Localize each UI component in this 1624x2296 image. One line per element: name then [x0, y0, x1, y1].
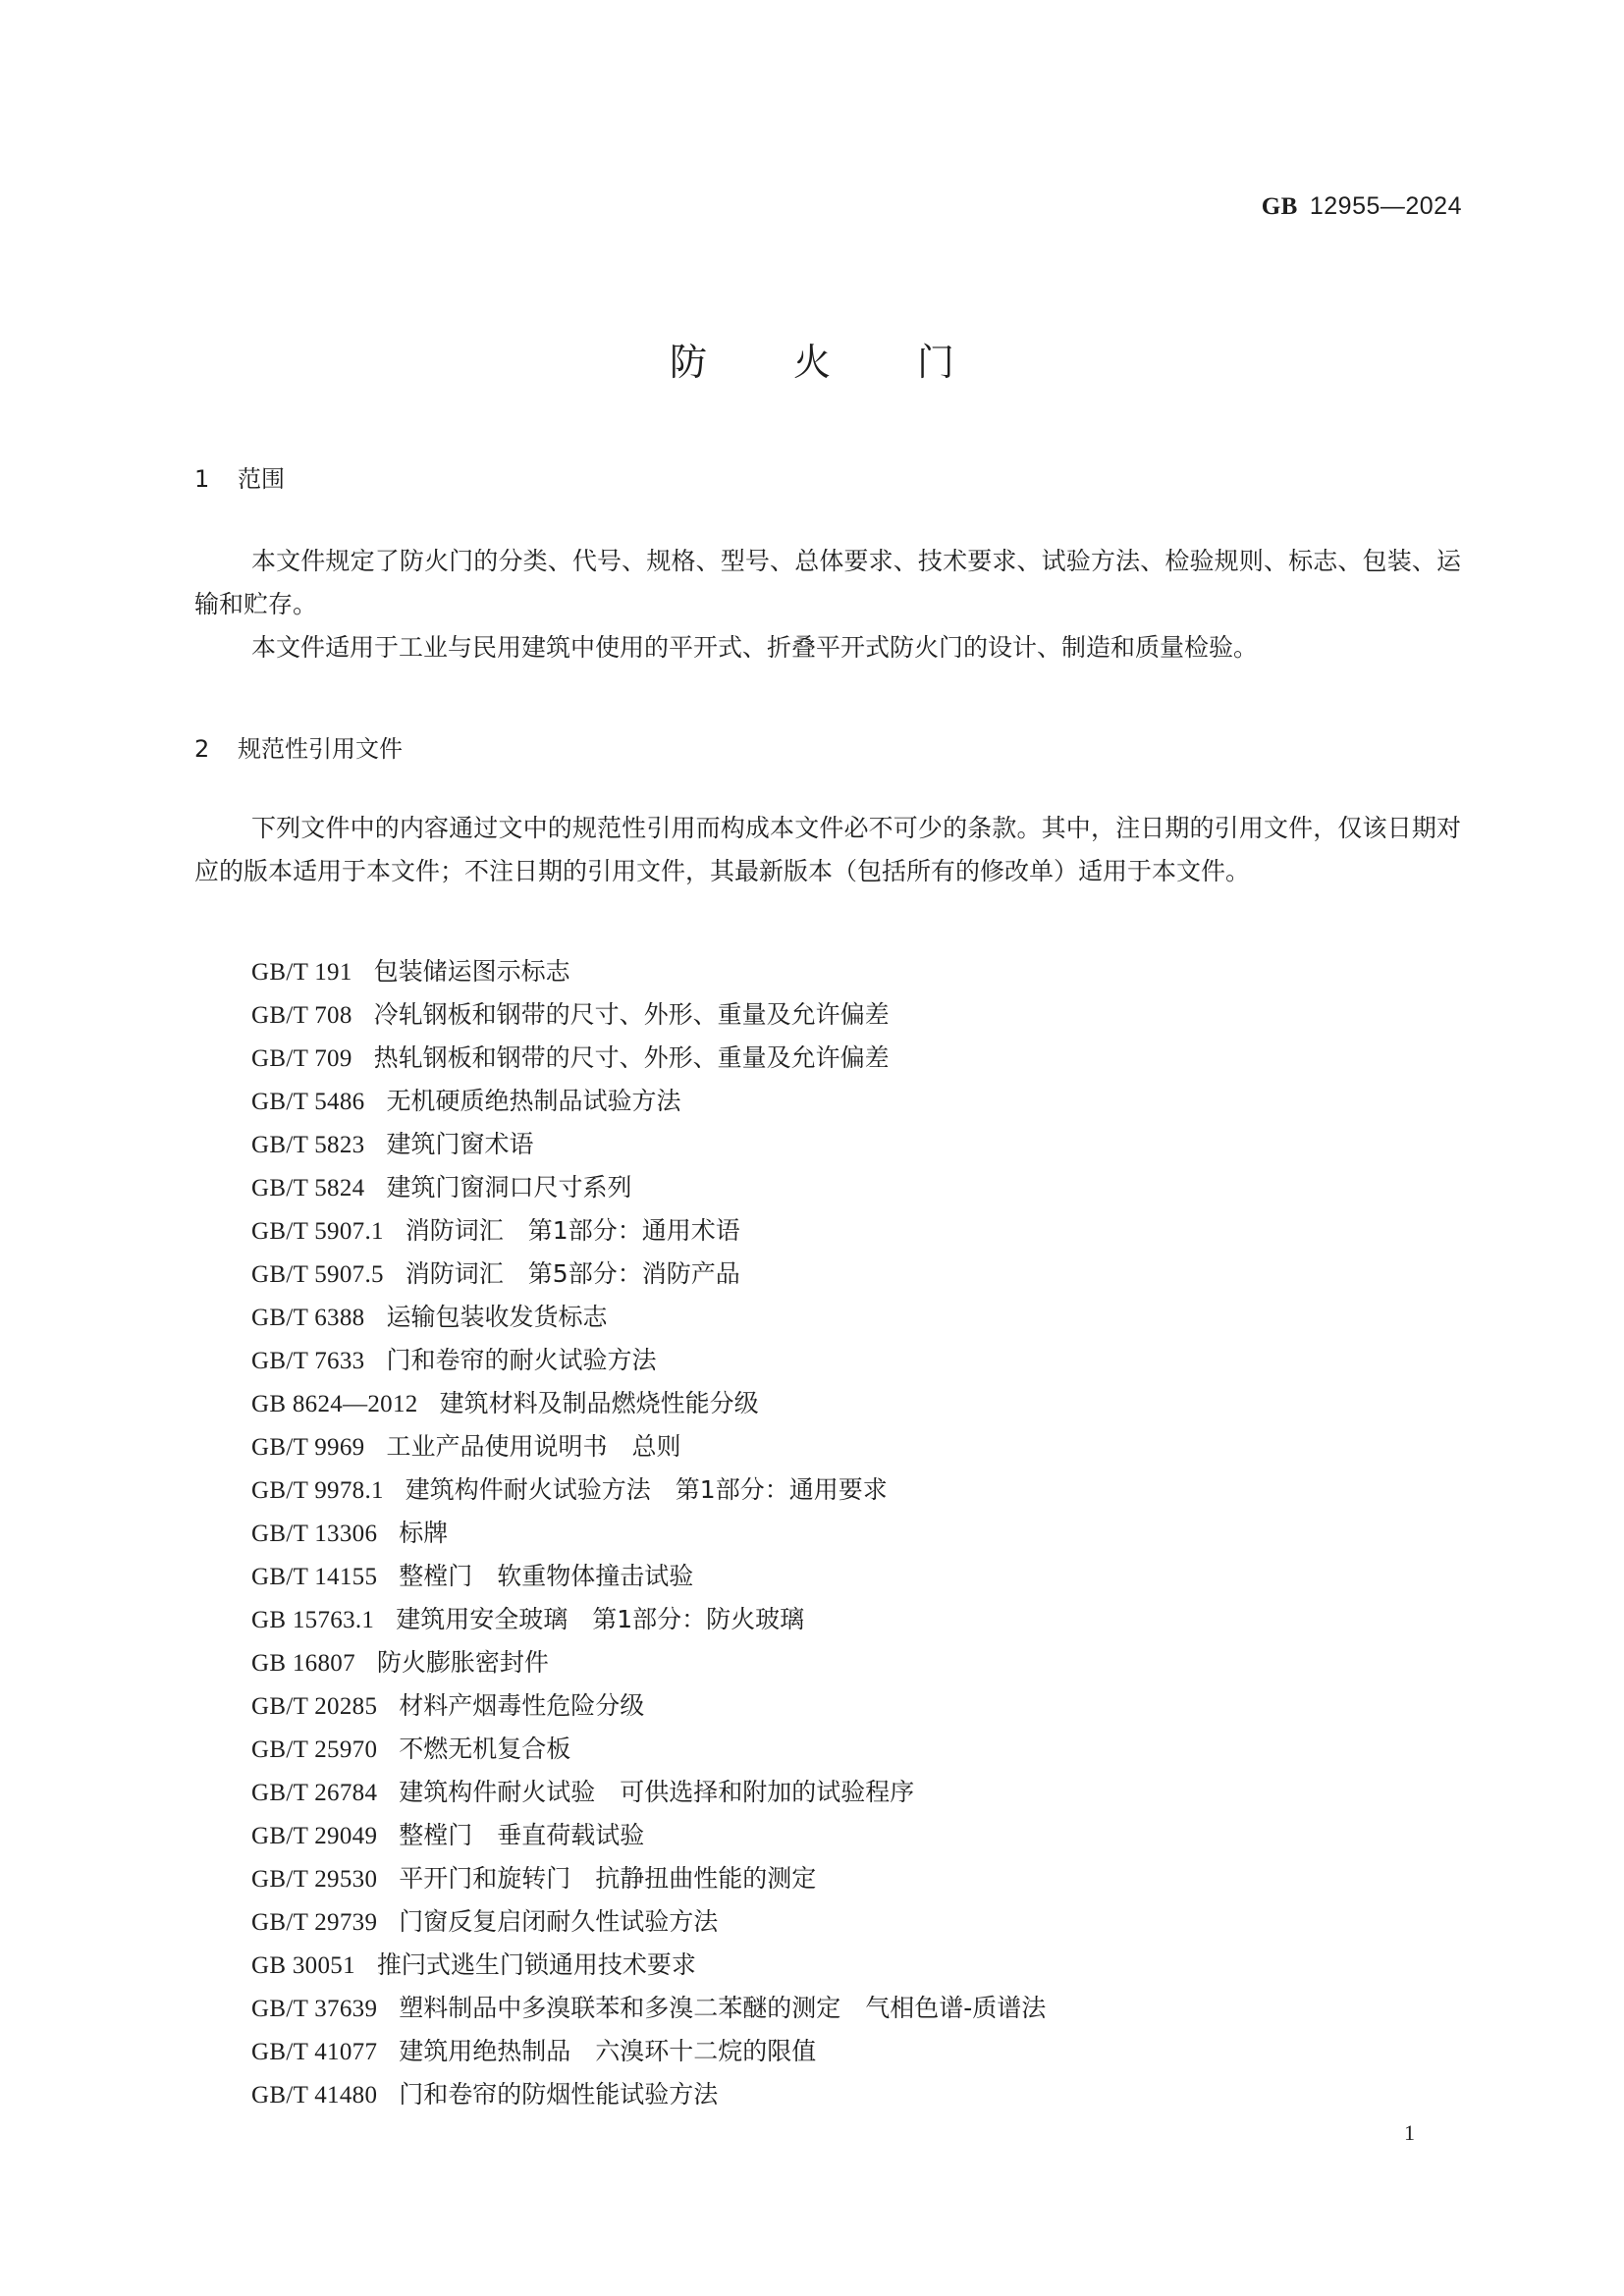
reference-item: GB/T 191包装储运图示标志: [251, 950, 1046, 993]
reference-code: GB/T 41480: [251, 2082, 377, 2109]
reference-code: GB/T 709: [251, 1045, 352, 1072]
reference-code: GB/T 29049: [251, 1823, 377, 1849]
reference-name: 防火膨胀密封件: [377, 1648, 549, 1677]
reference-name: 建筑构件耐火试验方法 第1部分：通用要求: [406, 1475, 888, 1504]
reference-name: 整樘门 垂直荷载试验: [399, 1821, 644, 1849]
reference-item: GB 8624—2012建筑材料及制品燃烧性能分级: [251, 1382, 1046, 1425]
reference-code: GB 8624—2012: [251, 1391, 418, 1417]
reference-code: GB/T 29739: [251, 1909, 377, 1936]
reference-code: GB 30051: [251, 1952, 355, 1979]
reference-code: GB 16807: [251, 1650, 355, 1677]
reference-name: 标牌: [399, 1519, 448, 1547]
reference-code: GB/T 29530: [251, 1866, 377, 1893]
reference-item: GB/T 13306标牌: [251, 1512, 1046, 1555]
reference-name: 建筑用安全玻璃 第1部分：防火玻璃: [396, 1605, 804, 1633]
page-number: 1: [1404, 2120, 1415, 2146]
reference-name: 推闩式逃生门锁通用技术要求: [377, 1950, 696, 1979]
reference-item: GB/T 708冷轧钢板和钢带的尺寸、外形、重量及允许偏差: [251, 993, 1046, 1037]
reference-item: GB 16807防火膨胀密封件: [251, 1641, 1046, 1684]
section-heading-normative-references: 2规范性引用文件: [194, 729, 403, 764]
reference-code: GB/T 5823: [251, 1132, 364, 1158]
reference-item: GB/T 5907.1消防词汇 第1部分：通用术语: [251, 1209, 1046, 1253]
standard-number: 12955—2024: [1310, 192, 1462, 220]
reference-name: 工业产品使用说明书 总则: [386, 1432, 680, 1461]
reference-item: GB/T 6388运输包装收发货标志: [251, 1296, 1046, 1339]
reference-item: GB/T 29049整樘门 垂直荷载试验: [251, 1814, 1046, 1857]
reference-item: GB/T 5907.5消防词汇 第5部分：消防产品: [251, 1253, 1046, 1296]
reference-name: 建筑门窗洞口尺寸系列: [386, 1173, 631, 1201]
reference-name: 热轧钢板和钢带的尺寸、外形、重量及允许偏差: [374, 1043, 890, 1072]
section-title: 范围: [238, 465, 285, 493]
reference-item: GB/T 29530平开门和旋转门 抗静扭曲性能的测定: [251, 1857, 1046, 1900]
reference-code: GB/T 5907.5: [251, 1261, 384, 1288]
document-page: GB12955—2024 防火门 1范围 本文件规定了防火门的分类、代号、规格、…: [0, 0, 1624, 2296]
reference-code: GB/T 37639: [251, 1996, 377, 2022]
reference-code: GB/T 13306: [251, 1521, 377, 1547]
reference-code: GB/T 5824: [251, 1175, 364, 1201]
document-title: 防火门: [0, 332, 1624, 386]
reference-item: GB/T 41077建筑用绝热制品 六溴环十二烷的限值: [251, 2030, 1046, 2073]
section-title: 规范性引用文件: [238, 735, 403, 763]
reference-name: 建筑门窗术语: [386, 1130, 533, 1158]
reference-item: GB/T 7633门和卷帘的耐火试验方法: [251, 1339, 1046, 1382]
reference-item: GB/T 9969工业产品使用说明书 总则: [251, 1425, 1046, 1468]
reference-code: GB/T 14155: [251, 1564, 377, 1590]
reference-name: 不燃无机复合板: [399, 1735, 570, 1763]
reference-name: 整樘门 软重物体撞击试验: [399, 1562, 693, 1590]
reference-code: GB/T 20285: [251, 1693, 377, 1720]
reference-name: 建筑用绝热制品 六溴环十二烷的限值: [399, 2037, 816, 2065]
reference-name: 消防词汇 第1部分：通用术语: [406, 1216, 740, 1245]
reference-code: GB/T 7633: [251, 1348, 364, 1374]
reference-item: GB 30051推闩式逃生门锁通用技术要求: [251, 1944, 1046, 1987]
reference-name: 消防词汇 第5部分：消防产品: [406, 1259, 740, 1288]
reference-code: GB/T 9978.1: [251, 1477, 384, 1504]
scope-paragraph-2: 本文件适用于工业与民用建筑中使用的平开式、折叠平开式防火门的设计、制造和质量检验…: [194, 626, 1461, 669]
reference-item: GB/T 709热轧钢板和钢带的尺寸、外形、重量及允许偏差: [251, 1037, 1046, 1080]
reference-item: GB/T 26784建筑构件耐火试验 可供选择和附加的试验程序: [251, 1771, 1046, 1814]
standard-code: GB12955—2024: [1262, 192, 1462, 221]
standard-prefix: GB: [1262, 193, 1298, 220]
reference-item: GB/T 5486无机硬质绝热制品试验方法: [251, 1080, 1046, 1123]
references-intro-paragraph: 下列文件中的内容通过文中的规范性引用而构成本文件必不可少的条款。其中，注日期的引…: [194, 807, 1461, 893]
section-number: 1: [194, 465, 238, 493]
title-char: 门: [917, 332, 954, 386]
reference-code: GB/T 26784: [251, 1780, 377, 1806]
reference-name: 建筑构件耐火试验 可供选择和附加的试验程序: [399, 1778, 914, 1806]
reference-item: GB/T 5823建筑门窗术语: [251, 1123, 1046, 1166]
reference-code: GB/T 5907.1: [251, 1218, 384, 1245]
reference-name: 冷轧钢板和钢带的尺寸、外形、重量及允许偏差: [374, 1000, 890, 1029]
section-number: 2: [194, 735, 238, 763]
reference-name: 门和卷帘的防烟性能试验方法: [399, 2080, 718, 2109]
reference-item: GB/T 37639塑料制品中多溴联苯和多溴二苯醚的测定 气相色谱-质谱法: [251, 1987, 1046, 2030]
reference-name: 塑料制品中多溴联苯和多溴二苯醚的测定 气相色谱-质谱法: [399, 1994, 1046, 2022]
title-char: 火: [793, 332, 831, 386]
reference-item: GB/T 9978.1建筑构件耐火试验方法 第1部分：通用要求: [251, 1468, 1046, 1512]
reference-item: GB/T 25970不燃无机复合板: [251, 1728, 1046, 1771]
reference-item: GB/T 5824建筑门窗洞口尺寸系列: [251, 1166, 1046, 1209]
reference-item: GB/T 41480门和卷帘的防烟性能试验方法: [251, 2073, 1046, 2116]
reference-code: GB/T 41077: [251, 2039, 377, 2065]
reference-name: 平开门和旋转门 抗静扭曲性能的测定: [399, 1864, 816, 1893]
reference-name: 门窗反复启闭耐久性试验方法: [399, 1907, 718, 1936]
reference-code: GB/T 5486: [251, 1089, 364, 1115]
reference-name: 建筑材料及制品燃烧性能分级: [440, 1389, 759, 1417]
reference-name: 包装储运图示标志: [374, 957, 570, 986]
reference-code: GB/T 6388: [251, 1305, 364, 1331]
reference-list: GB/T 191包装储运图示标志 GB/T 708冷轧钢板和钢带的尺寸、外形、重…: [251, 950, 1046, 2116]
reference-name: 无机硬质绝热制品试验方法: [386, 1087, 680, 1115]
reference-name: 门和卷帘的耐火试验方法: [386, 1346, 656, 1374]
reference-name: 运输包装收发货标志: [386, 1303, 607, 1331]
reference-item: GB/T 20285材料产烟毒性危险分级: [251, 1684, 1046, 1728]
reference-code: GB/T 25970: [251, 1736, 377, 1763]
reference-name: 材料产烟毒性危险分级: [399, 1691, 644, 1720]
reference-code: GB/T 9969: [251, 1434, 364, 1461]
title-char: 防: [670, 332, 707, 386]
reference-item: GB/T 14155整樘门 软重物体撞击试验: [251, 1555, 1046, 1598]
section-heading-scope: 1范围: [194, 459, 285, 494]
reference-code: GB 15763.1: [251, 1607, 374, 1633]
reference-item: GB/T 29739门窗反复启闭耐久性试验方法: [251, 1900, 1046, 1944]
reference-code: GB/T 191: [251, 959, 352, 986]
reference-item: GB 15763.1建筑用安全玻璃 第1部分：防火玻璃: [251, 1598, 1046, 1641]
reference-code: GB/T 708: [251, 1002, 352, 1029]
scope-paragraph-1: 本文件规定了防火门的分类、代号、规格、型号、总体要求、技术要求、试验方法、检验规…: [194, 540, 1461, 626]
